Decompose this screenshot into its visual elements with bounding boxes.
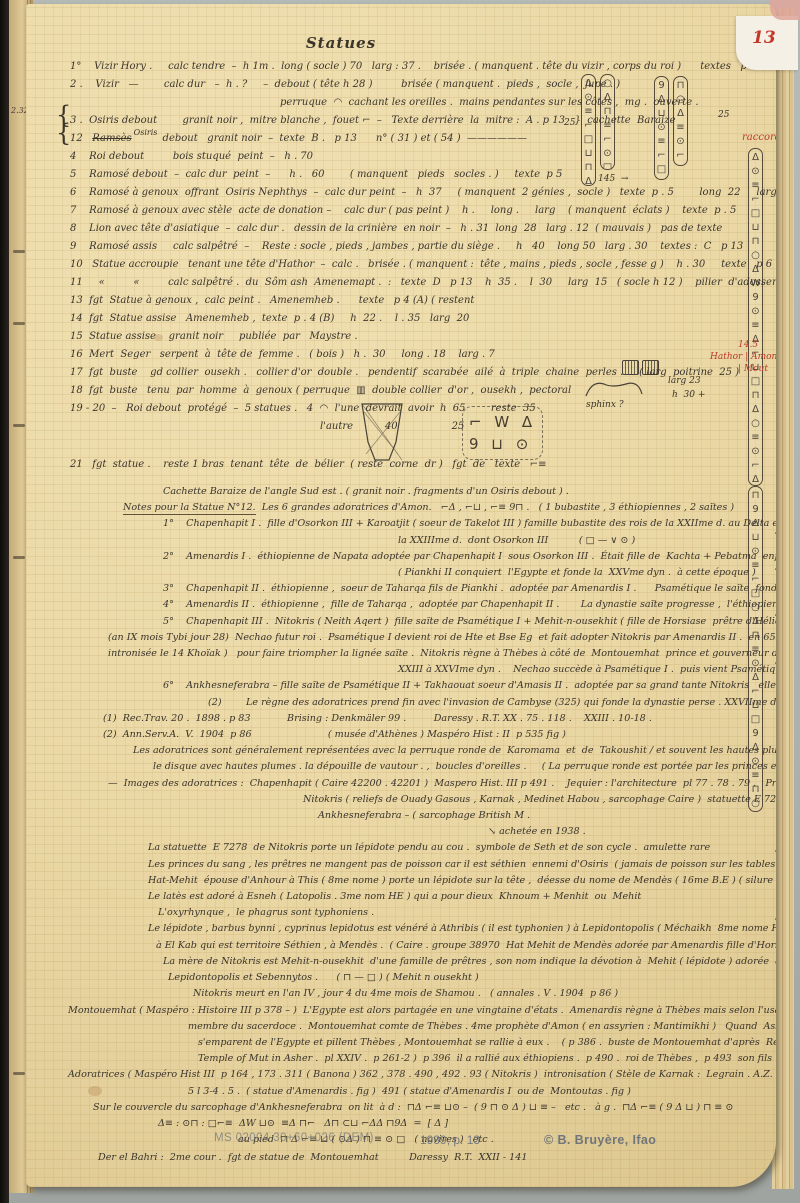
copyright-credit: © B. Bruyère, Ifao — [544, 1133, 656, 1147]
notes-section: Cachette Baraize de l'angle Sud est . ( … — [26, 484, 776, 1167]
manuscript-line: perruque ◠ cachant les oreilles . mains … — [70, 94, 776, 112]
manuscript-line: 14 fgt Statue assise Amenemheb , texte p… — [70, 310, 776, 328]
manuscript-line: 21 fgt statue . reste 1 bras tenant tête… — [70, 456, 776, 474]
red-corner-smear — [770, 0, 800, 20]
manuscript-line: 5° Chapenhapit III . Nitokris ( Neith Aq… — [68, 614, 776, 630]
manuscript-line: Δ≡ : ⊙⊓ : □⌐≡ ΔW ⊔⊙ ≡Δ ⊓⌐ Δ⊓ ⊂⊔ ⌐ΔΔ ⊓9Δ … — [68, 1116, 776, 1132]
page-imprint: 1939, p. 13 — [420, 1133, 480, 1147]
manuscript-line: 19 - 20 – Roi debout protégé – 5 statues… — [70, 400, 776, 418]
folio-number: 13 — [752, 28, 776, 48]
manuscript-line: — Images des adoratrices : Chapenhapit (… — [68, 776, 776, 792]
manuscript-line: 17 fgt buste gd collier ousekh . collier… — [70, 364, 776, 382]
manuscript-line: 4 Roi debout bois stuqué peint – h . 70 — [70, 148, 776, 166]
manuscript-line: membre du sacerdoce . Montouemhat comte … — [68, 1019, 776, 1035]
manuscript-line: 10 Statue accroupie tenant une tête d'Ha… — [70, 256, 776, 274]
manuscript-line: Notes pour la Statue N°12. Les 6 grandes… — [68, 500, 776, 516]
manuscript-line: la XXIIIme d. dont Osorkon III ( □ — ∨ ⊙… — [68, 533, 776, 549]
manuscript-line: Sur le couvercle du sarcophage d'Ankhesn… — [68, 1100, 776, 1116]
manuscript-line: Ankhesneferabra – ( sarcophage British M… — [68, 808, 776, 824]
manuscript-line: 16 Mert Seger serpent à tête de femme . … — [70, 346, 776, 364]
manuscript-line: l'autre 40 25 — [70, 418, 776, 436]
manuscript-line: 3° Chapenhapit II . éthiopienne , soeur … — [68, 581, 776, 597]
manuscript-line: L'oxyrhynque , le phagrus sont typhonien… — [68, 905, 776, 921]
margin-mark — [13, 322, 25, 325]
manuscript-line: 5 l 3-4 . 5 . ( statue d'Amenardis . fig… — [68, 1084, 776, 1100]
manuscript-line: 13 fgt Statue à genoux , calc peint . Am… — [70, 292, 776, 310]
manuscript-line: 6° Ankhesneferabra – fille saïte de Psam… — [68, 678, 776, 694]
manuscript-line: 4° Amenardis II . éthiopienne , fille de… — [68, 597, 776, 613]
manuscript-line: Adoratrices ( Maspéro Hist III p 164 , 1… — [68, 1067, 776, 1083]
manuscript-line: 8 Lion avec tête d'asiatique – calc dur … — [70, 220, 776, 238]
manuscript-line: Le latès est adoré à Esneh ( Latopolis .… — [68, 889, 776, 905]
manuscript-line: s'emparent de l'Egypte et pillent Thèbes… — [68, 1035, 776, 1051]
manuscript-line: Nitokris ( reliefs de Ouady Gasous , Kar… — [68, 792, 776, 808]
manuscript-line: (an IX mois Tybi jour 28) Nechao futur r… — [68, 630, 776, 646]
manuscript-line: Hat-Mehit épouse d'Anhour à This ( 8me n… — [68, 873, 776, 889]
manuscript-line: Montouemhat ( Maspéro : Histoire III p 3… — [68, 1003, 776, 1019]
margin-mark — [13, 556, 25, 559]
manuscript-line: à El Kab qui est territoire Séthien , à … — [68, 938, 776, 954]
manuscript-line: XXIII à XXVIme dyn . Nechao succède à Ps… — [68, 662, 776, 678]
archive-watermark: MS 02004 30+60+026 (DEM) — [214, 1132, 374, 1144]
manuscript-line: {3 . Osiris debout granit noir , mitre b… — [70, 112, 776, 130]
manuscript-line: 1° Chapenhapit I . fille d'Osorkon III +… — [68, 516, 776, 532]
manuscript-line: (1) Rec.Trav. 20 . 1898 . p 83 Brising :… — [68, 711, 776, 727]
scanned-notebook-page: 2.32 Statues 1° Vizir Hory . calc tendre… — [0, 0, 800, 1203]
manuscript-line: le disque avec hautes plumes . la dépoui… — [68, 759, 776, 775]
book-spine — [0, 0, 9, 1203]
manuscript-line: 11 « « calc salpêtré . du Sôm ash Amenem… — [70, 274, 776, 292]
backing-corner: 13 — [736, 16, 798, 70]
page-title: Statues — [26, 34, 656, 52]
manuscript-line: 2 . Vizir — calc dur – h . ? – debout ( … — [70, 76, 776, 94]
statue-entry-list: 1° Vizir Hory . calc tendre – h 1m . lon… — [26, 58, 776, 474]
notebook-page: Statues 1° Vizir Hory . calc tendre – h … — [26, 4, 776, 1187]
manuscript-line: 6 Ramosé à genoux offrant Osiris Nephthy… — [70, 184, 776, 202]
manuscript-line: 9 Ramosé assis calc salpêtré – Reste : s… — [70, 238, 776, 256]
manuscript-line: ( Piankhi II conquiert l'Egypte et fonde… — [68, 565, 776, 581]
manuscript-line: (2) Ann.Serv.A. V. 1904 p 86 ( musée d'A… — [68, 727, 776, 743]
margin-mark — [13, 250, 25, 253]
manuscript-line: Nitokris meurt en l'an IV , jour 4 du 4m… — [68, 986, 776, 1002]
margin-mark — [13, 1072, 25, 1075]
manuscript-line: Le lépidote , barbus bynni , cyprinus le… — [68, 921, 776, 937]
manuscript-line: Lepidontopolis et Sebennytos . ( ⊓ — □ )… — [68, 970, 776, 986]
inserted-word: Osiris — [134, 128, 158, 137]
manuscript-line: 2° Amenardis I . éthiopienne de Napata a… — [68, 549, 776, 565]
manuscript-line: 1° Vizir Hory . calc tendre – h 1m . lon… — [70, 58, 776, 76]
manuscript-line: {12 RamsèsOsiris debout granit noir – te… — [70, 130, 776, 148]
manuscript-line: La statuette E 7278 de Nitokris porte un… — [68, 840, 776, 856]
manuscript-line: intronisée le 14 Khoïak ) pour faire tri… — [68, 646, 776, 662]
brace-mark: { — [56, 124, 71, 142]
manuscript-line: Les adoratrices sont généralement représ… — [68, 743, 776, 759]
manuscript-line: ↘ achetée en 1938 . — [68, 824, 776, 840]
manuscript-line: 5 Ramosé debout – calc dur peint – h . 6… — [70, 166, 776, 184]
manuscript-line: La mère de Nitokris est Mehit-n-ousekhit… — [68, 954, 776, 970]
manuscript-line: Cachette Baraize de l'angle Sud est . ( … — [68, 484, 776, 500]
manuscript-line: Temple of Mut in Asher . pl XXIV . p 261… — [68, 1051, 776, 1067]
manuscript-line: (2) Le règne des adoratrices prend fin a… — [68, 695, 776, 711]
manuscript-line: Les princes du sang , les prêtres ne man… — [68, 857, 776, 873]
struck-word: Ramsès — [92, 133, 131, 144]
manuscript-line: 15 Statue assise granit noir publiée par… — [70, 328, 776, 346]
manuscript-line: 18 fgt buste tenu par homme à genoux ( p… — [70, 382, 776, 400]
manuscript-line: Der el Bahri : 2me cour . fgt de statue … — [68, 1150, 776, 1166]
margin-mark — [13, 424, 25, 427]
manuscript-line: 7 Ramosé à genoux avec stèle acte de don… — [70, 202, 776, 220]
